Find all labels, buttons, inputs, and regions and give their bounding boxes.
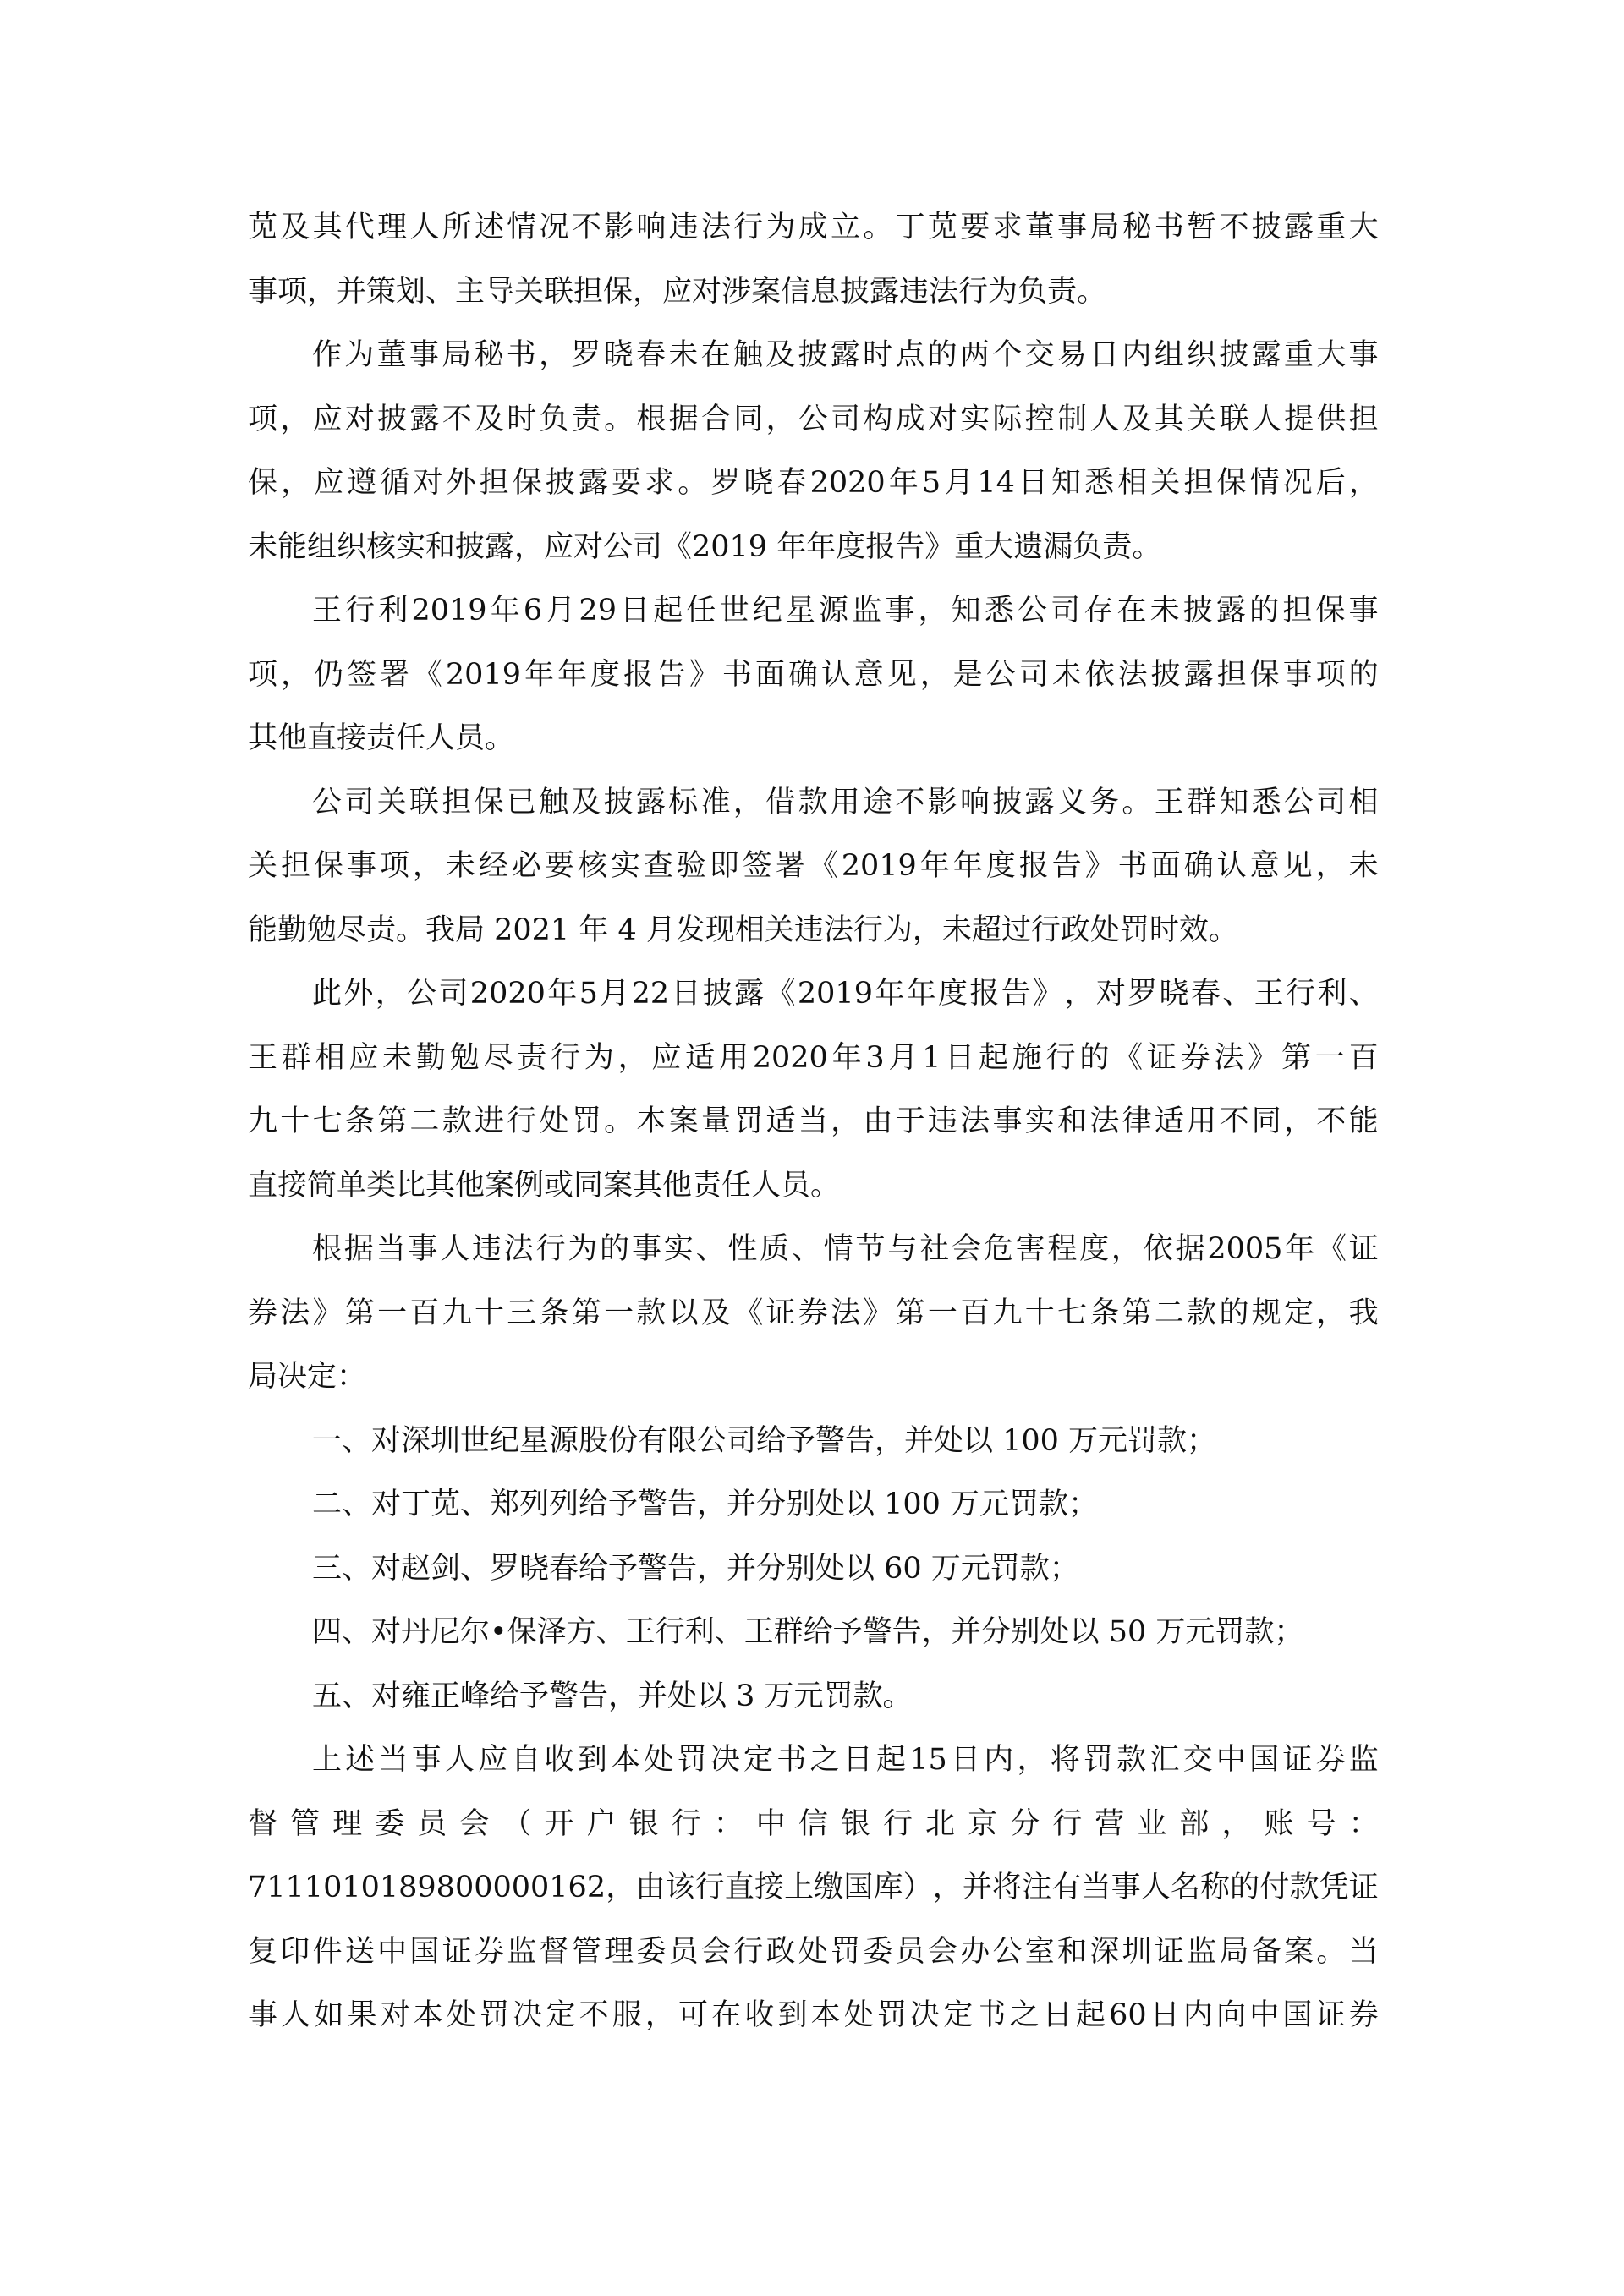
decision-item-3: 三、对赵剑、罗晓春给予警告，并分别处以 60 万元罚款； xyxy=(248,1547,1379,1611)
text-line: 九十七条第二款进行处罚。本案量罚适当，由于违法事实和法律适用不同，不能 xyxy=(248,1099,1379,1164)
text-line: 7111010189800000162，由该行直接上缴国库），并将注有当事人名称… xyxy=(248,1866,1379,1930)
decision-item-2: 二、对丁苋、郑列列给予警告，并分别处以 100 万元罚款； xyxy=(248,1482,1379,1547)
text-line: 保，应遵循对外担保披露要求。罗晓春2020年5月14日知悉相关担保情况后， xyxy=(248,461,1379,525)
text-line: 上述当事人应自收到本处罚决定书之日起15日内，将罚款汇交中国证券监 xyxy=(248,1738,1379,1802)
text-line: 事人如果对本处罚决定不服，可在收到本处罚决定书之日起60日内向中国证券 xyxy=(248,1993,1379,2058)
text-line: 根据当事人违法行为的事实、性质、情节与社会危害程度，依据2005年《证 xyxy=(248,1227,1379,1291)
text-line: 督管理委员会（开户银行：中信银行北京分行营业部，账号： xyxy=(248,1802,1379,1866)
document-page: 苋及其代理人所述情况不影响违法行为成立。丁苋要求董事局秘书暂不披露重大 事项，并… xyxy=(0,0,1624,2296)
text-line: 未能组织核实和披露，应对公司《2019 年年度报告》重大遗漏负责。 xyxy=(248,525,1379,589)
text-line: 局决定： xyxy=(248,1355,1379,1419)
text-line: 王行利2019年6月29日起任世纪星源监事，知悉公司存在未披露的担保事 xyxy=(248,589,1379,653)
text-line: 作为董事局秘书，罗晓春未在触及披露时点的两个交易日内组织披露重大事 xyxy=(248,333,1379,397)
text-line: 复印件送中国证券监督管理委员会行政处罚委员会办公室和深圳证监局备案。当 xyxy=(248,1930,1379,1994)
document-body: 苋及其代理人所述情况不影响违法行为成立。丁苋要求董事局秘书暂不披露重大 事项，并… xyxy=(248,205,1379,2058)
text-line: 此外，公司2020年5月22日披露《2019年年度报告》，对罗晓春、王行利、 xyxy=(248,972,1379,1036)
decision-item-4: 四、对丹尼尔•保泽方、王行利、王群给予警告，并分别处以 50 万元罚款； xyxy=(248,1610,1379,1674)
text-line: 事项，并策划、主导关联担保，应对涉案信息披露违法行为负责。 xyxy=(248,270,1379,334)
text-line: 苋及其代理人所述情况不影响违法行为成立。丁苋要求董事局秘书暂不披露重大 xyxy=(248,205,1379,270)
text-line: 项，仍签署《2019年年度报告》书面确认意见，是公司未依法披露担保事项的 xyxy=(248,653,1379,717)
text-line: 直接简单类比其他案例或同案其他责任人员。 xyxy=(248,1164,1379,1228)
decision-item-5: 五、对雍正峰给予警告，并处以 3 万元罚款。 xyxy=(248,1674,1379,1739)
decision-item-1: 一、对深圳世纪星源股份有限公司给予警告，并处以 100 万元罚款； xyxy=(248,1419,1379,1483)
text-line: 项，应对披露不及时负责。根据合同，公司构成对实际控制人及其关联人提供担 xyxy=(248,397,1379,462)
text-line: 能勤勉尽责。我局 2021 年 4 月发现相关违法行为，未超过行政处罚时效。 xyxy=(248,908,1379,973)
text-line: 其他直接责任人员。 xyxy=(248,716,1379,781)
text-line: 王群相应未勤勉尽责行为，应适用2020年3月1日起施行的《证券法》第一百 xyxy=(248,1036,1379,1100)
text-line: 关担保事项，未经必要核实查验即签署《2019年年度报告》书面确认意见，未 xyxy=(248,844,1379,908)
text-line: 公司关联担保已触及披露标准，借款用途不影响披露义务。王群知悉公司相 xyxy=(248,781,1379,845)
text-line: 券法》第一百九十三条第一款以及《证券法》第一百九十七条第二款的规定，我 xyxy=(248,1291,1379,1356)
